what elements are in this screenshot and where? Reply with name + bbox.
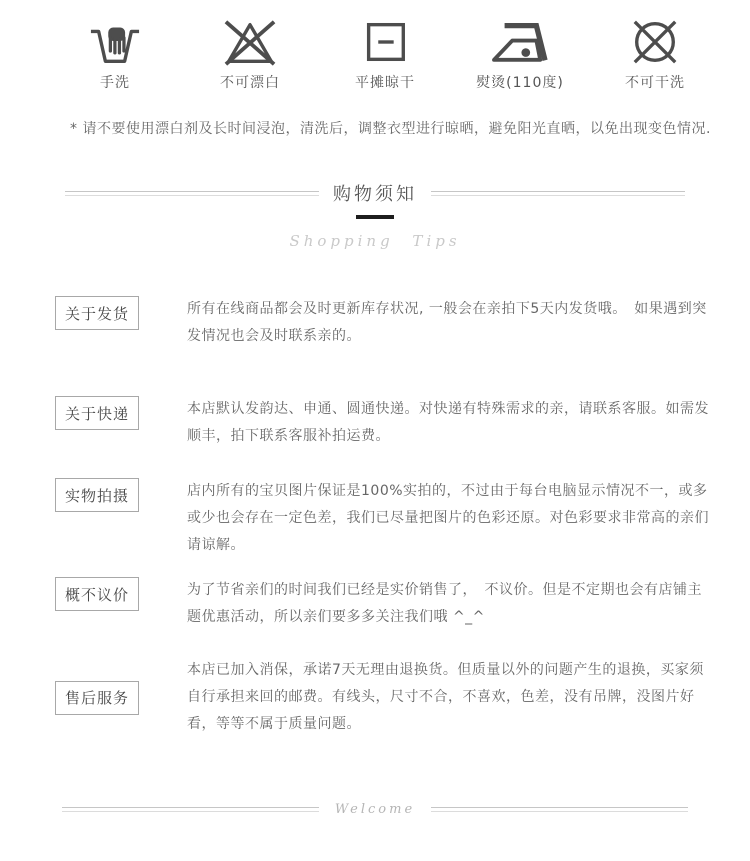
care-label: 平摊晾干 [355,72,415,92]
care-label: 手洗 [100,72,130,92]
care-item-iron: 熨烫(110度) [460,16,580,92]
hand-wash-icon [86,16,144,68]
divider-line-left [62,807,319,812]
tip-label: 关于快递 [55,396,139,430]
care-item-no-dry-clean: 不可干洗 [595,16,715,92]
care-item-dry-flat: 平摊晾干 [325,16,445,92]
title-divider: 购物须知 [0,180,750,206]
divider-line-right [431,807,688,812]
no-bleach-icon [221,16,279,68]
divider-line-left [65,191,319,196]
tip-text: 店内所有的宝贝图片保证是100%实拍的，不过由于每台电脑显示情况不一，或多或少也… [187,478,712,559]
section-subtitle: Shopping Tips [0,232,750,250]
tip-label: 概不议价 [55,577,139,611]
divider-line-right [431,191,685,196]
care-label: 不可漂白 [220,72,280,92]
section-title: 购物须知 [319,180,431,206]
care-note: * 请不要使用漂白剂及长时间浸泡，清洗后，调整衣型进行晾晒，避免阳光直晒，以免出… [70,118,750,138]
tip-label: 售后服务 [55,681,139,715]
tip-text: 为了节省亲们的时间我们已经是实价销售了， 不议价。但是不定期也会有店铺主题优惠活… [187,577,712,631]
footer-divider: Welcome [0,802,750,817]
tip-text: 本店默认发韵达、申通、圆通快递。对快递有特殊需求的亲，请联系客服。如需发顺丰，拍… [187,396,712,450]
tip-label: 关于发货 [55,296,139,330]
tip-row-real-photos: 实物拍摄 店内所有的宝贝图片保证是100%实拍的，不过由于每台电脑显示情况不一，… [55,478,712,559]
tip-row-after-sales: 售后服务 本店已加入消保，承诺7天无理由退换货。但质量以外的问题产生的退换，买家… [55,657,712,738]
care-label: 熨烫(110度) [476,72,564,92]
dry-flat-icon [356,16,414,68]
footer-welcome-text: Welcome [319,802,431,817]
care-item-hand-wash: 手洗 [55,16,175,92]
iron-low-icon [489,16,551,68]
tip-row-no-bargain: 概不议价 为了节省亲们的时间我们已经是实价销售了， 不议价。但是不定期也会有店铺… [55,577,712,631]
footer: Welcome [0,802,750,817]
tip-text: 本店已加入消保，承诺7天无理由退换货。但质量以外的问题产生的退换，买家须自行承担… [187,657,712,738]
tip-row-express: 关于快递 本店默认发韵达、申通、圆通快递。对快递有特殊需求的亲，请联系客服。如需… [55,396,712,450]
title-underline [356,215,394,219]
tips-list: 关于发货 所有在线商品都会及时更新库存状况, 一般会在亲拍下5天内发货哦。 如果… [0,296,750,738]
tip-row-shipping: 关于发货 所有在线商品都会及时更新库存状况, 一般会在亲拍下5天内发货哦。 如果… [55,296,712,350]
section-header: 购物须知 Shopping Tips [0,180,750,250]
care-label: 不可干洗 [625,72,685,92]
tip-label: 实物拍摄 [55,478,139,512]
care-symbols-row: 手洗 不可漂白 平摊晾干 熨烫(110度) [0,0,750,92]
no-dry-clean-icon [626,16,684,68]
tip-text: 所有在线商品都会及时更新库存状况, 一般会在亲拍下5天内发货哦。 如果遇到突发情… [187,296,712,350]
care-item-no-bleach: 不可漂白 [190,16,310,92]
